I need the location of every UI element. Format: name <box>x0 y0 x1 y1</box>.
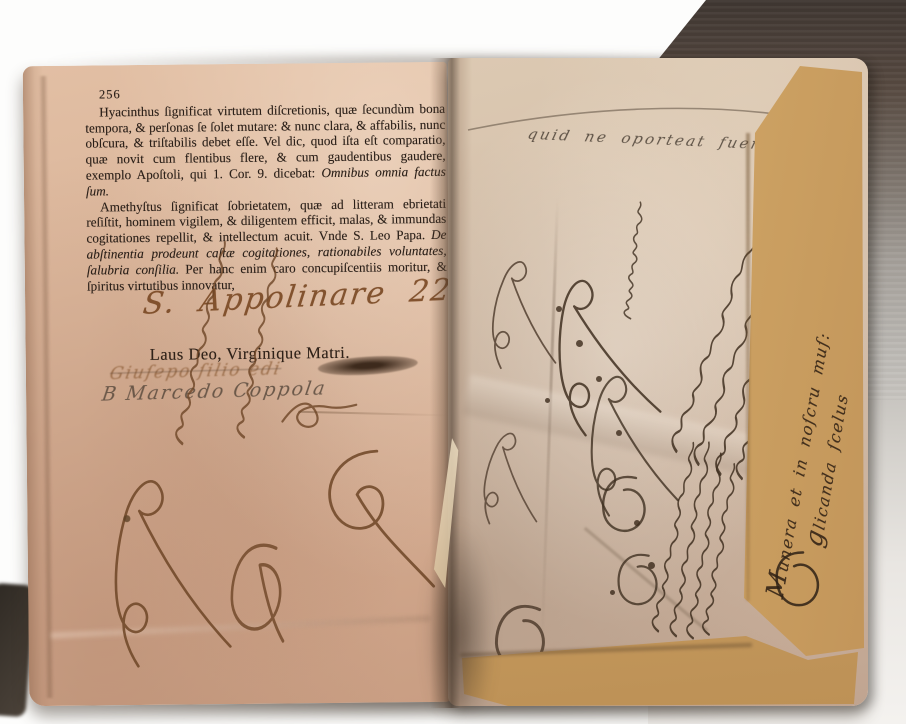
ink-dot <box>545 398 550 403</box>
ink-dot <box>576 340 583 347</box>
signature-flourish <box>217 530 301 648</box>
signature-flourish <box>68 437 240 680</box>
printed-paragraph-1: Hyacinthus ſignificat virtutem diſcretio… <box>85 101 446 200</box>
ink-dot <box>556 306 562 312</box>
ink-dot <box>123 515 130 522</box>
scribble-flourish <box>596 470 656 540</box>
flap-crease <box>746 133 750 601</box>
scribble-flourish <box>612 548 667 613</box>
ink-dot <box>610 590 615 595</box>
scribble-flourish <box>471 410 541 535</box>
ink-dot <box>616 430 622 436</box>
scanned-book-photo: 256 Hyacinthus ſignificat virtutem diſcr… <box>0 0 906 724</box>
ink-dot <box>596 376 602 382</box>
signature-flourish <box>306 435 439 610</box>
ink-dot <box>634 520 640 526</box>
ink-dot <box>648 562 655 569</box>
right-page: quid ne oporteat fuere <box>448 58 868 706</box>
bowtie-flourish <box>276 397 360 434</box>
gutter-dark-shadow <box>424 520 494 710</box>
left-page: 256 Hyacinthus ſignificat virtutem diſcr… <box>23 62 454 706</box>
